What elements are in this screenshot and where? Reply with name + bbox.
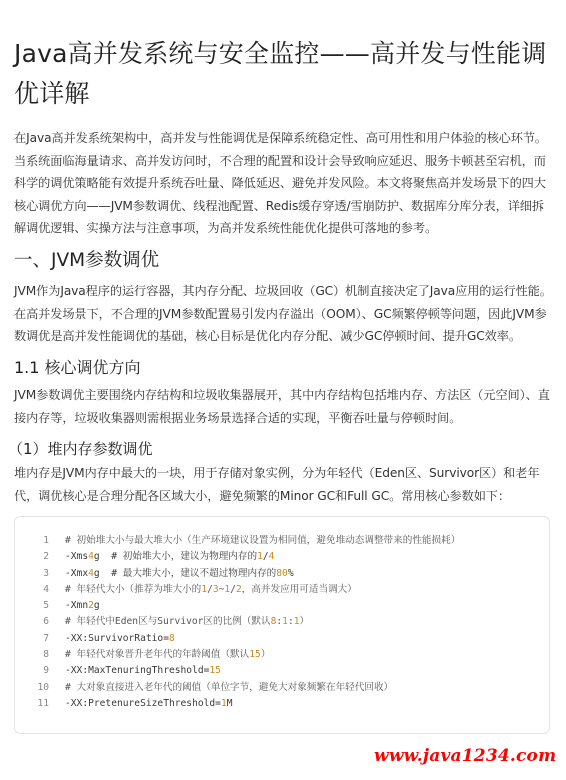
numeric-literal: 4 — [269, 551, 275, 562]
line-number: 4 — [15, 582, 65, 598]
code-line: 9-XX:MaxTenuringThreshold=15 — [15, 663, 549, 679]
line-number: 1 — [15, 533, 65, 549]
watermark: www.java1234.com — [374, 746, 556, 766]
line-number: 8 — [15, 647, 65, 663]
section-paragraph-jvm: JVM作为Java程序的运行容器，其内存分配、垃圾回收（GC）机制直接决定了Ja… — [14, 280, 554, 348]
numeric-literal: 2 — [88, 600, 94, 611]
code-line: 8# 年轻代对象晋升老年代的年龄阈值（默认15） — [15, 647, 549, 663]
line-number: 9 — [15, 663, 65, 679]
line-number: 7 — [15, 631, 65, 647]
code-text: -XX:PretenureSizeThreshold=1M — [65, 696, 233, 712]
code-line: 7-XX:SurvivorRatio=8 — [15, 631, 549, 647]
code-line: 1# 初始堆大小与最大堆大小（生产环境建议设置为相同值，避免堆动态调整带来的性能… — [15, 533, 549, 549]
code-text: -XX:MaxTenuringThreshold=15 — [65, 663, 221, 679]
line-number: 10 — [15, 680, 65, 696]
numeric-literal: 15 — [249, 649, 261, 660]
subsection-paragraph-core: JVM参数调优主要围绕内存结构和垃圾收集器展开，其中内存结构包括堆内存、方法区（… — [14, 384, 554, 429]
code-lines: 1# 初始堆大小与最大堆大小（生产环境建议设置为相同值，避免堆动态调整带来的性能… — [15, 533, 549, 712]
line-number: 2 — [15, 549, 65, 565]
numeric-literal: 15 — [209, 665, 221, 676]
numeric-literal: 4 — [88, 568, 94, 579]
numeric-literal: 3 — [213, 584, 219, 595]
code-text: -Xmn2g — [65, 598, 100, 614]
numeric-literal: 8 — [169, 633, 175, 644]
line-number: 6 — [15, 614, 65, 630]
code-line: 10# 大对象直接进入老年代的阈值（单位字节，避免大对象频繁在年轻代回收） — [15, 680, 549, 696]
code-text: # 年轻代中Eden区与Survivor区的比例（默认8:1:1） — [65, 614, 309, 630]
numeric-literal: 2 — [236, 584, 242, 595]
code-text: # 初始堆大小与最大堆大小（生产环境建议设置为相同值，避免堆动态调整带来的性能损… — [65, 533, 460, 549]
line-number: 5 — [15, 598, 65, 614]
numeric-literal: 8 — [271, 616, 277, 627]
code-line: 3-Xmx4g # 最大堆大小，建议不超过物理内存的80% — [15, 566, 549, 582]
intro-paragraph: 在Java高并发系统架构中，高并发与性能调优是保障系统稳定性、高可用性和用户体验… — [14, 127, 554, 240]
numeric-literal: 4 — [88, 551, 94, 562]
code-text: # 年轻代大小（推荐为堆大小的1/3~1/2，高并发应用可适当调大） — [65, 582, 357, 598]
code-line: 4# 年轻代大小（推荐为堆大小的1/3~1/2，高并发应用可适当调大） — [15, 582, 549, 598]
numeric-literal: 1 — [221, 698, 227, 709]
numeric-literal: 1 — [294, 616, 300, 627]
code-text: -XX:SurvivorRatio=8 — [65, 631, 175, 647]
code-line: 5-Xmn2g — [15, 598, 549, 614]
subsubsection-heading-heap: （1）堆内存参数调优 — [8, 438, 153, 460]
code-line: 2-Xms4g # 初始堆大小，建议为物理内存的1/4 — [15, 549, 549, 565]
numeric-literal: 1 — [201, 584, 207, 595]
code-line: 6# 年轻代中Eden区与Survivor区的比例（默认8:1:1） — [15, 614, 549, 630]
line-number: 3 — [15, 566, 65, 582]
code-text: -Xmx4g # 最大堆大小，建议不超过物理内存的80% — [65, 566, 294, 582]
code-text: # 年轻代对象晋升老年代的年龄阈值（默认15） — [65, 647, 270, 663]
numeric-literal: 1 — [282, 616, 288, 627]
code-line: 11-XX:PretenureSizeThreshold=1M — [15, 696, 549, 712]
line-number: 11 — [15, 696, 65, 712]
numeric-literal: 1 — [257, 551, 263, 562]
code-text: -Xms4g # 初始堆大小，建议为物理内存的1/4 — [65, 549, 274, 565]
numeric-literal: 80 — [276, 568, 288, 579]
page-title: Java高并发系统与安全监控——高并发与性能调优详解 — [14, 34, 554, 114]
code-text: # 大对象直接进入老年代的阈值（单位字节，避免大对象频繁在年轻代回收） — [65, 680, 393, 696]
subsection-heading-core: 1.1 核心调优方向 — [14, 356, 141, 380]
numeric-literal: 1 — [224, 584, 230, 595]
code-block[interactable]: 1# 初始堆大小与最大堆大小（生产环境建议设置为相同值，避免堆动态调整带来的性能… — [14, 516, 550, 734]
subsubsection-paragraph-heap: 堆内存是JVM内存中最大的一块，用于存储对象实例，分为年轻代（Eden区、Sur… — [14, 462, 554, 507]
section-heading-jvm: 一、JVM参数调优 — [14, 248, 159, 274]
